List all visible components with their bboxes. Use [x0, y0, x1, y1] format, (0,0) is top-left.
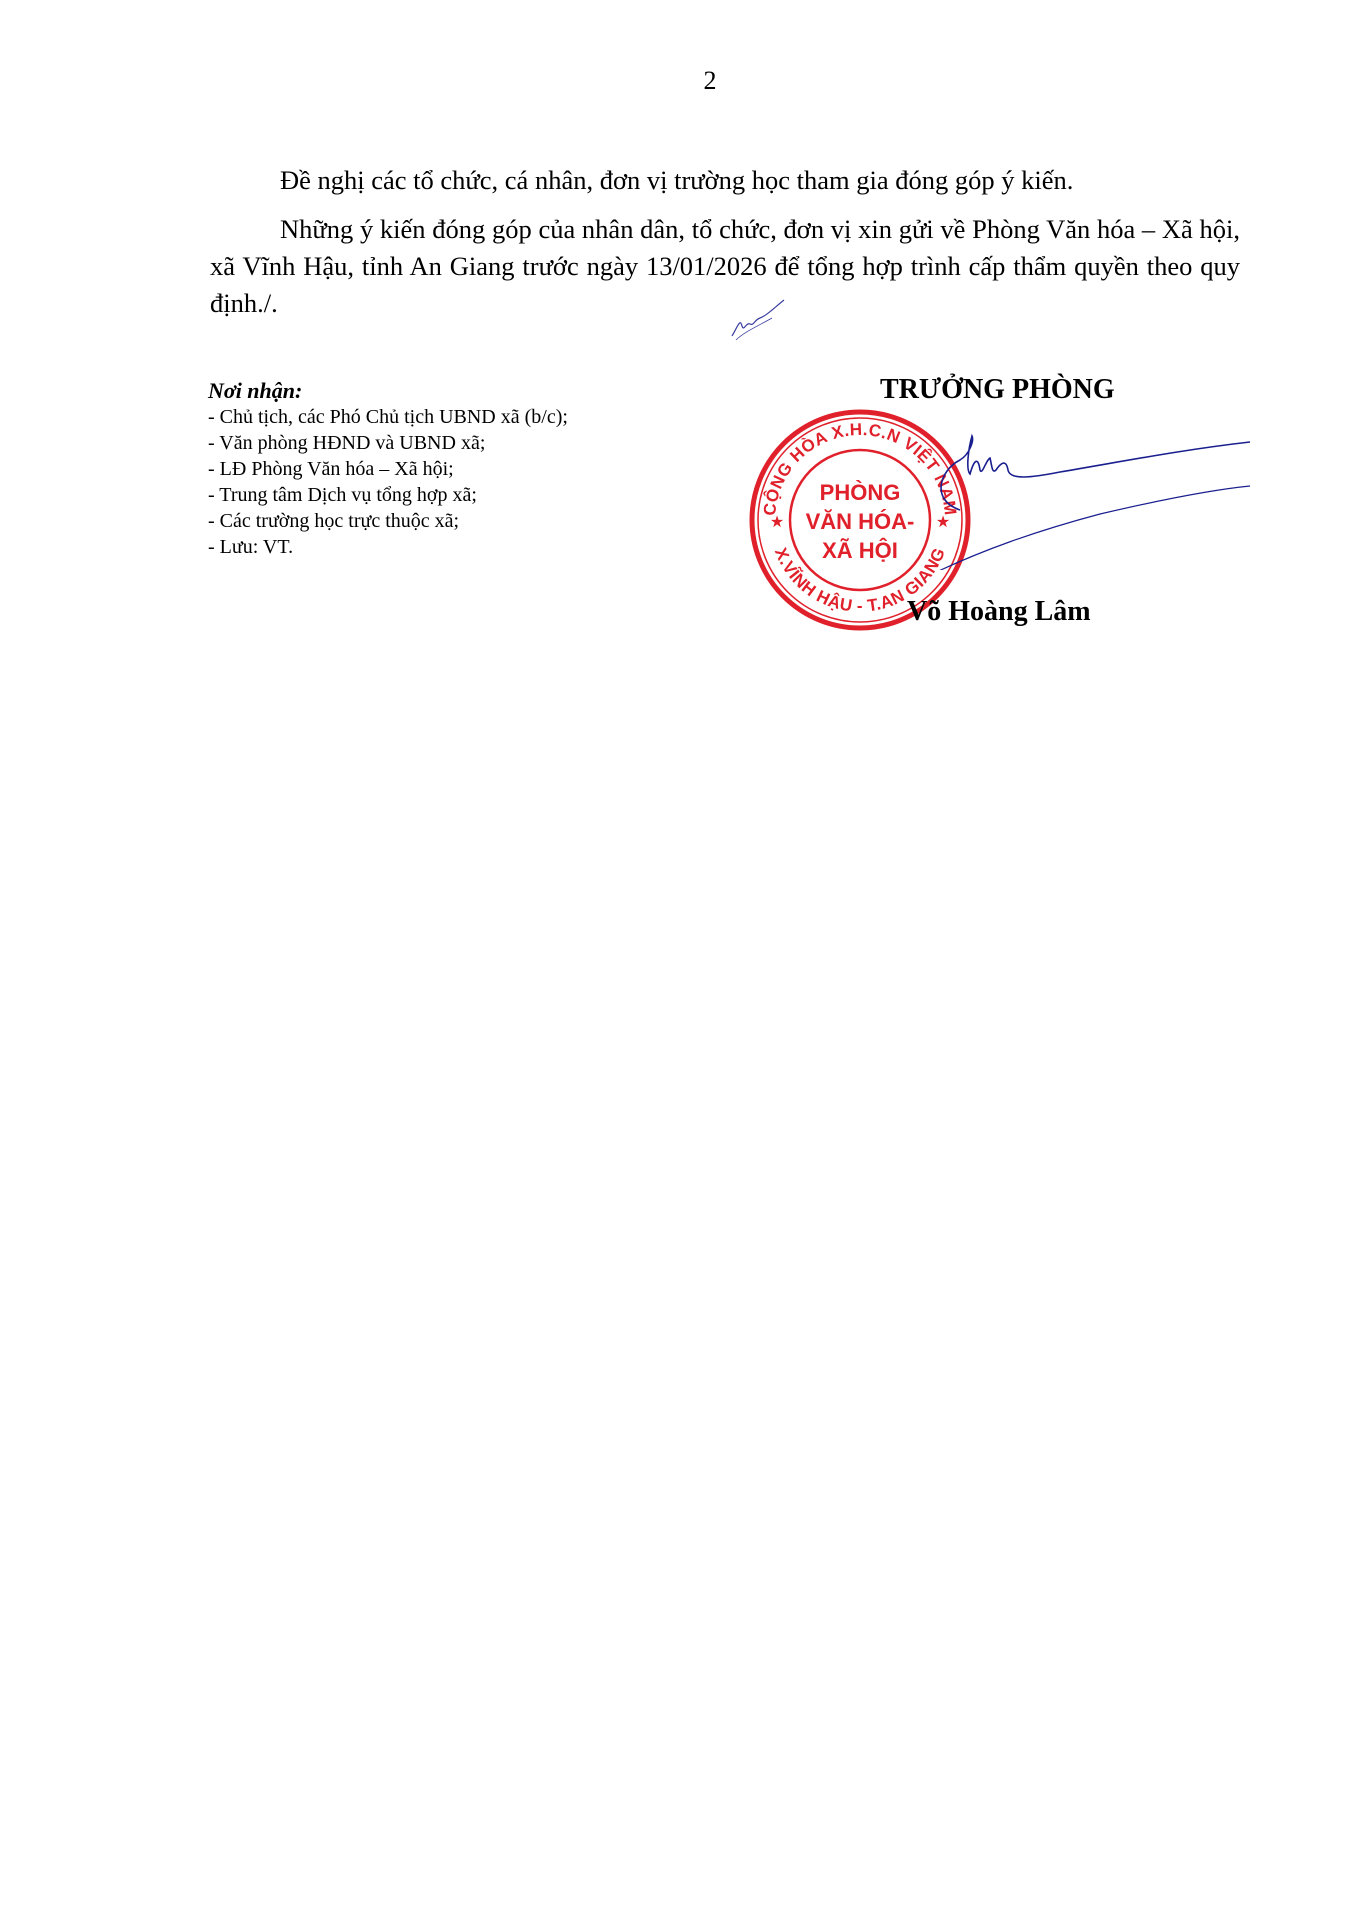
recipient-item: - Văn phòng HĐND và UBND xã;: [208, 430, 568, 456]
recipient-item: - Trung tâm Dịch vụ tổng hợp xã;: [208, 482, 568, 508]
recipient-item: - LĐ Phòng Văn hóa – Xã hội;: [208, 456, 568, 482]
signer-title: TRƯỞNG PHÒNG: [880, 374, 1115, 406]
recipients-heading: Nơi nhận:: [208, 378, 568, 404]
page-number: 2: [0, 66, 1365, 96]
paragraph-submission: Những ý kiến đóng góp của nhân dân, tổ c…: [210, 211, 1240, 322]
handwritten-signature-icon: [920, 430, 1250, 570]
paragraph-request: Đề nghị các tổ chức, cá nhân, đơn vị trư…: [210, 162, 1240, 199]
recipient-item: - Chủ tịch, các Phó Chủ tịch UBND xã (b/…: [208, 404, 568, 430]
recipient-item: - Các trường học trực thuộc xã;: [208, 508, 568, 534]
signer-name: Võ Hoàng Lâm: [907, 596, 1091, 628]
svg-text:PHÒNG: PHÒNG: [820, 480, 901, 505]
recipient-item: - Lưu: VT.: [208, 534, 568, 560]
document-body: Đề nghị các tổ chức, cá nhân, đơn vị trư…: [210, 162, 1240, 334]
recipients-list: Nơi nhận: - Chủ tịch, các Phó Chủ tịch U…: [208, 378, 568, 560]
svg-text:XÃ HỘI: XÃ HỘI: [822, 538, 898, 563]
svg-text:VĂN HÓA-: VĂN HÓA-: [806, 509, 915, 534]
svg-text:★: ★: [770, 514, 784, 531]
initial-mark-icon: [728, 296, 788, 341]
